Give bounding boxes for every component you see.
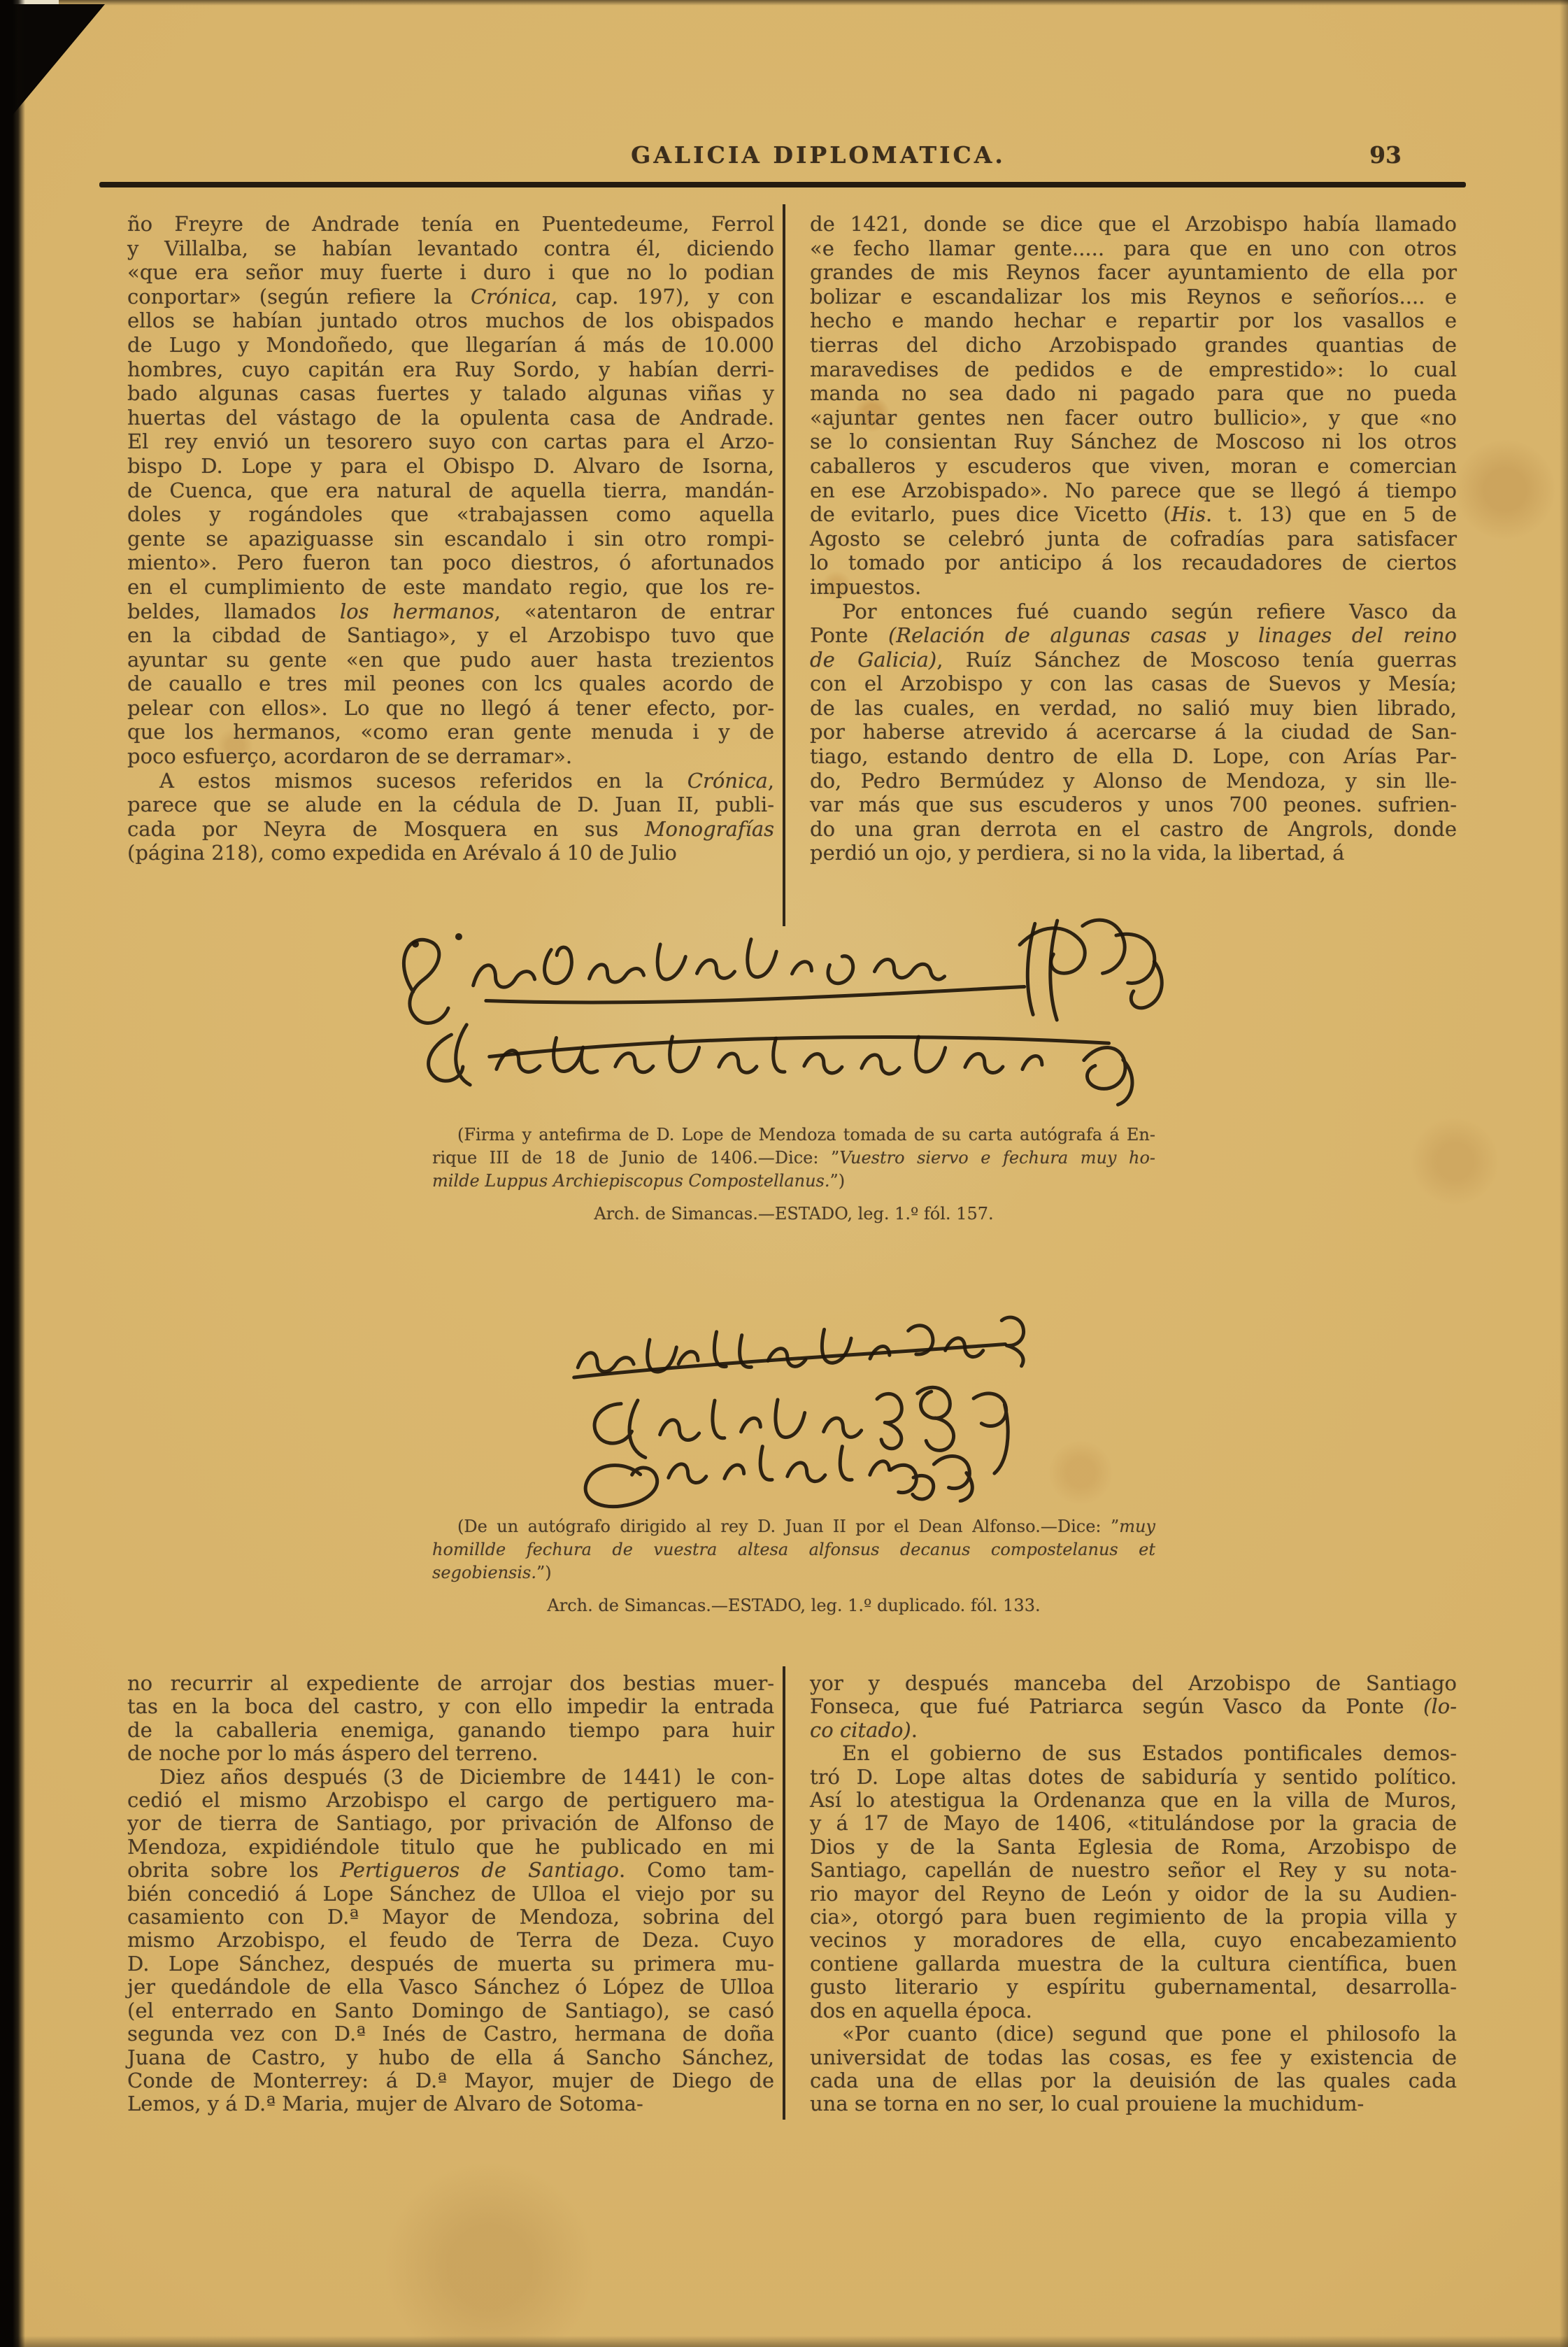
text-line: obrita sobre los Pertigueros de Santiago… <box>127 1859 774 1882</box>
text-line: beldes, llamados los hermanos, «atentaro… <box>127 600 774 624</box>
text-line: ño Freyre de Andrade tenía en Puentedeum… <box>127 212 774 236</box>
text-line: se lo consientan Ruy Sánchez de Moscoso … <box>810 430 1457 454</box>
scanned-page: GALICIA DIPLOMATICA. 93 ño Freyre de And… <box>0 0 1568 2347</box>
text-line: de cauallo e tres mil peones con lcs qua… <box>127 672 774 696</box>
text-line: miento». Pero fueron tan poco diestros, … <box>127 551 774 575</box>
text-line: mismo Arzobispo, el feudo de Terra de De… <box>127 1929 774 1952</box>
text-line: jer quedándole de ella Vasco Sánchez ó L… <box>127 1976 774 1999</box>
text-line: (Firma y antefirma de D. Lope de Mendoza… <box>432 1123 1155 1147</box>
text-line: dos en aquella época. <box>810 1999 1457 2022</box>
text-line: homillde fechura de vuestra altesa alfon… <box>432 1538 1155 1561</box>
text-line: Dios y de la Santa Eglesia de Roma, Arzo… <box>810 1836 1457 1859</box>
text-line: En el gobierno de sus Estados pontifical… <box>810 1742 1457 1765</box>
figure1-caption-lines: (Firma y antefirma de D. Lope de Mendoza… <box>432 1123 1155 1193</box>
text-line: poco esfuerço, acordaron de se derramar»… <box>127 744 774 769</box>
text-line: Fonseca, que fué Patriarca según Vasco d… <box>810 1695 1457 1718</box>
figure1-source: Arch. de Simancas.—ESTADO, leg. 1.º fól.… <box>432 1203 1155 1226</box>
text-line: bolizar e escandalizar los mis Reynos e … <box>810 285 1457 309</box>
text-line: Por entonces fué cuando según refiere Va… <box>810 600 1457 624</box>
signature-dean-alfonso-image <box>549 1282 1081 1517</box>
text-line: milde Luppus Archiepiscopus Compostellan… <box>432 1170 1155 1193</box>
text-line: en el cumplimiento de este mandato regio… <box>127 575 774 600</box>
text-line: cada una de ellas por la deuisión de las… <box>810 2069 1457 2092</box>
text-line: conportar» (según refiere la Crónica, ca… <box>127 285 774 309</box>
text-line: bado algunas casas fuertes y talado algu… <box>127 381 774 406</box>
figure2-caption-lines: (De un autógrafo dirigido al rey D. Juan… <box>432 1515 1155 1584</box>
text-line: en la cibdad de Santiago», y el Arzobisp… <box>127 623 774 648</box>
text-line: de 1421, donde se dice que el Arzobispo … <box>810 212 1457 236</box>
text-column-bottom-left: no recurrir al expediente de arrojar dos… <box>127 1672 774 2116</box>
text-line: una se torna en no ser, lo cual prouiene… <box>810 2092 1457 2115</box>
text-line: gusto literario y espíritu gubernamental… <box>810 1976 1457 1999</box>
text-line: cia», otorgó para buen regimiento de la … <box>810 1906 1457 1929</box>
text-line: bién concedió á Lope Sánchez de Ulloa el… <box>127 1882 774 1906</box>
text-line: tró D. Lope altas dotes de sabiduría y s… <box>810 1766 1457 1789</box>
text-line: cedió el mismo Arzobispo el cargo de per… <box>127 1789 774 1812</box>
text-line: ayuntar su gente «en que pudo auer hasta… <box>127 648 774 672</box>
text-line: casamiento con D.ª Mayor de Mendoza, sob… <box>127 1906 774 1929</box>
text-line: Mendoza, expidiéndole titulo que he publ… <box>127 1836 774 1859</box>
text-line: «ajuntar gentes nen facer outro bullicio… <box>810 406 1457 430</box>
text-line: que los hermanos, «como eran gente menud… <box>127 720 774 744</box>
text-line: vecinos y moradores de ella, cuyo encabe… <box>810 1929 1457 1952</box>
text-line: «e fecho llamar gente..... para que en u… <box>810 236 1457 261</box>
text-line: D. Lope Sánchez, después de muerta su pr… <box>127 1952 774 1976</box>
text-line: ellos se habían juntado otros muchos de … <box>127 309 774 333</box>
text-line: Ponte (Relación de algunas casas y linag… <box>810 623 1457 648</box>
text-line: «que era señor muy fuerte i duro i que n… <box>127 260 774 285</box>
text-line: y Villalba, se habían levantado contra é… <box>127 236 774 261</box>
text-line: universidat de todas las cosas, es fee y… <box>810 2046 1457 2069</box>
text-line: manda no sea dado ni pagado para que no … <box>810 381 1457 406</box>
text-line: cada por Neyra de Mosquera en sus Monogr… <box>127 817 774 842</box>
signature-lope-de-mendoza-image <box>380 891 1200 1123</box>
text-line: hecho e mando hechar e repartir por los … <box>810 309 1457 333</box>
text-line: grandes de mis Reynos facer ayuntamiento… <box>810 260 1457 285</box>
text-line: en ese Arzobispado». No parece que se ll… <box>810 478 1457 503</box>
page-title: GALICIA DIPLOMATICA. <box>140 141 1497 169</box>
text-line: huertas del vástago de la opulenta casa … <box>127 406 774 430</box>
text-line: Agosto se celebró junta de cofradías par… <box>810 527 1457 551</box>
text-line: co citado). <box>810 1719 1457 1742</box>
text-line: con el Arzobispo y con las casas de Suev… <box>810 672 1457 696</box>
column-divider-top <box>783 204 785 926</box>
text-line: doles y rogándoles que «trabajassen como… <box>127 502 774 527</box>
text-line: A estos mismos sucesos referidos en la C… <box>127 769 774 793</box>
text-line: parece que se alude en la cédula de D. J… <box>127 793 774 817</box>
text-line: Así lo atestigua la Ordenanza que en la … <box>810 1789 1457 1812</box>
text-line: rio mayor del Reyno de León y oidor de l… <box>810 1882 1457 1906</box>
text-line: Lemos, y á D.ª Maria, mujer de Alvaro de… <box>127 2092 774 2115</box>
text-line: maravedises de pedidos e de emprestido»:… <box>810 357 1457 382</box>
text-line: rique III de 18 de Junio de 1406.—Dice: … <box>432 1147 1155 1170</box>
text-line: contiene gallarda muestra de la cultura … <box>810 1952 1457 1976</box>
text-line: hombres, cuyo capitán era Ruy Sordo, y h… <box>127 357 774 382</box>
text-line: tierras del dicho Arzobispado grandes qu… <box>810 333 1457 357</box>
text-line: Juana de Castro, y hubo de ella á Sancho… <box>127 2046 774 2069</box>
text-line: de evitarlo, pues dice Vicetto (His. t. … <box>810 502 1457 527</box>
text-line: de noche por lo más áspero del terreno. <box>127 1742 774 1765</box>
text-line: (el enterrado en Santo Domingo de Santia… <box>127 1999 774 2022</box>
text-line: de Galicia), Ruíz Sánchez de Moscoso ten… <box>810 648 1457 672</box>
scan-edge-left <box>0 0 25 2347</box>
text-line: de Cuenca, que era natural de aquella ti… <box>127 478 774 503</box>
text-line: de la caballeria enemiga, ganando tiempo… <box>127 1719 774 1742</box>
scan-edge-bottom <box>0 2336 1568 2347</box>
text-line: de Lugo y Mondoñedo, que llegarían á más… <box>127 333 774 357</box>
text-line: y á 17 de Mayo de 1406, «titulándose por… <box>810 1812 1457 1835</box>
scan-edge-top <box>0 0 1568 6</box>
text-line: bispo D. Lope y para el Obispo D. Alvaro… <box>127 454 774 478</box>
text-line: caballeros y escuderos que viven, moran … <box>810 454 1457 478</box>
text-line: (página 218), como expedida en Arévalo á… <box>127 841 774 865</box>
scan-edge-right <box>1560 0 1568 2347</box>
text-column-top-right: de 1421, donde se dice que el Arzobispo … <box>810 212 1457 865</box>
column-divider-bottom <box>783 1666 785 2120</box>
text-line: por haberse atrevido á acercarse á la ci… <box>810 720 1457 744</box>
figure1-caption: (Firma y antefirma de D. Lope de Mendoza… <box>432 1123 1155 1226</box>
text-line: «Por cuanto (dice) segund que pone el ph… <box>810 2022 1457 2045</box>
text-line: lo tomado por anticipo á los recaudadore… <box>810 551 1457 575</box>
text-line: perdió un ojo, y perdiera, si no la vida… <box>810 841 1457 865</box>
text-line: gente se apaziguasse sin escandalo i sin… <box>127 527 774 551</box>
text-line: tas en la boca del castro, y con ello im… <box>127 1695 774 1718</box>
text-line: Diez años después (3 de Diciembre de 144… <box>127 1766 774 1789</box>
text-column-top-left: ño Freyre de Andrade tenía en Puentedeum… <box>127 212 774 865</box>
text-column-bottom-right: yor y después manceba del Arzobispo de S… <box>810 1672 1457 2116</box>
text-line: segunda vez con D.ª Inés de Castro, herm… <box>127 2022 774 2045</box>
text-line: tiago, estando dentro de ella D. Lope, c… <box>810 744 1457 769</box>
text-line: El rey envió un tesorero suyo con cartas… <box>127 430 774 454</box>
text-line: do una gran derrota en el castro de Angr… <box>810 817 1457 842</box>
figure2-caption: (De un autógrafo dirigido al rey D. Juan… <box>432 1515 1155 1617</box>
text-line: do, Pedro Bermúdez y Alonso de Mendoza, … <box>810 769 1457 793</box>
text-line: segobiensis.”) <box>432 1561 1155 1584</box>
text-line: impuestos. <box>810 575 1457 600</box>
page-number: 93 <box>1369 141 1402 169</box>
text-line: no recurrir al expediente de arrojar dos… <box>127 1672 774 1695</box>
figure2-source: Arch. de Simancas.—ESTADO, leg. 1.º dupl… <box>432 1594 1155 1617</box>
text-line: var más que sus escuderos y unos 700 peo… <box>810 793 1457 817</box>
text-line: (De un autógrafo dirigido al rey D. Juan… <box>432 1515 1155 1538</box>
text-line: Conde de Monterrey: á D.ª Mayor, mujer d… <box>127 2069 774 2092</box>
text-line: yor y después manceba del Arzobispo de S… <box>810 1672 1457 1695</box>
text-line: de las cuales, en verdad, no salió muy b… <box>810 696 1457 721</box>
header-rule <box>99 182 1466 187</box>
text-line: yor de tierra de Santiago, por privación… <box>127 1812 774 1835</box>
text-line: pelear con ellos». Lo que no llegó á ten… <box>127 696 774 721</box>
text-line: Santiago, capellán de nuestro señor el R… <box>810 1859 1457 1882</box>
